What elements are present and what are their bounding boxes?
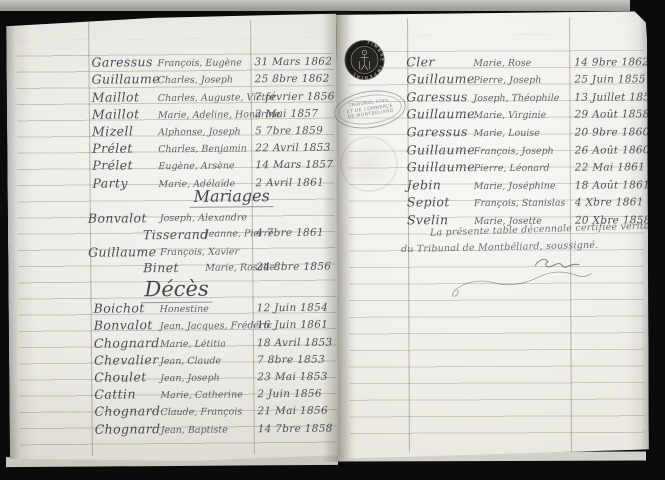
record-row: Guillaume François, Joseph 26 Août 1860 xyxy=(407,139,642,158)
record-surname: Party xyxy=(92,175,158,191)
faint-round-watermark xyxy=(340,136,398,192)
record-row: Jebin Marie, Joséphine 18 Août 1861 xyxy=(407,175,642,194)
record-date: 18 Août 1861 xyxy=(575,179,650,191)
record-given-names: François, Joseph xyxy=(474,145,575,156)
record-given-names: Honestine xyxy=(160,303,257,315)
record-row: Guillaume Pierre, Joseph 25 Juin 1855 xyxy=(406,69,641,88)
record-row: Prélet Eugène, Arsène 14 Mars 1857 xyxy=(92,155,331,174)
record-surname: Guillaume xyxy=(406,71,473,86)
record-surname: Guillaume xyxy=(92,72,158,88)
record-surname: Chevalier xyxy=(94,352,160,368)
record-row: Guillaume Pierre, Léonard 22 Mai 1861 xyxy=(407,157,642,176)
record-row: Mizell Alphonse, Joseph 5 7bre 1859 xyxy=(92,120,331,139)
record-date: 5 7bre 1859 xyxy=(255,125,331,138)
groom-given-names: François, Xavier xyxy=(160,246,239,258)
record-given-names: Claude, François xyxy=(160,407,257,419)
record-row: Chevalier Jean, Claude 7 8bre 1853 xyxy=(94,349,333,368)
record-date: 26 Août 1860 xyxy=(575,144,650,156)
groom-surname: Guillaume xyxy=(88,244,157,260)
record-surname: Garessus xyxy=(91,54,157,70)
record-date: 2 Mai 1857 xyxy=(255,107,331,120)
record-row: Chognard Claude, François 21 Mai 1856 xyxy=(94,401,333,420)
record-row: Cattin Marie, Catherine 2 Juin 1856 xyxy=(94,384,333,403)
record-surname: Chognard xyxy=(94,335,160,351)
imperial-revenue-stamp: TIMBRE IMPÉRIAL xyxy=(344,39,385,81)
record-given-names: Charles, Joseph xyxy=(158,75,255,87)
record-row: Boichot Honestine 12 Juin 1854 xyxy=(94,298,333,317)
record-row: Maillot Charles, Auguste, Victor 7 févri… xyxy=(92,86,331,105)
greffier-signature xyxy=(397,249,612,302)
marriage-record: Guillaume François, Xavier Binet Marie, … xyxy=(8,242,338,278)
groom-surname: Bonvalot xyxy=(88,210,147,226)
record-surname: Guillaume xyxy=(407,142,474,157)
record-given-names: Marie, Adeline, Honorine xyxy=(158,109,255,121)
record-surname: Cattin xyxy=(94,386,160,402)
record-date: 4 Xbre 1861 xyxy=(575,197,644,209)
bride-surname: Tisserand xyxy=(143,226,209,242)
record-surname: Guillaume xyxy=(407,159,474,174)
record-surname: Maillot xyxy=(92,106,158,122)
marriage-date: 24 8bre 1856 xyxy=(256,260,331,273)
record-given-names: Jean, Baptiste xyxy=(161,424,258,436)
record-given-names: Marie, Létitia xyxy=(160,338,257,350)
record-surname: Boichot xyxy=(94,300,160,316)
record-surname: Guillaume xyxy=(406,106,473,121)
record-date: 22 Avril 1853 xyxy=(255,142,331,155)
record-given-names: Jean, Claude xyxy=(160,355,257,367)
record-date: 14 9bre 1862 xyxy=(574,56,649,68)
record-date: 22 Mai 1861 xyxy=(575,161,645,173)
record-row: Prélet Charles, Benjamin 22 Avril 1853 xyxy=(92,138,331,157)
record-given-names: Marie, Louise xyxy=(474,128,575,139)
record-surname: Choulet xyxy=(94,369,160,385)
record-date: 25 8bre 1862 xyxy=(255,73,331,86)
record-row: Chognard Marie, Létitia 18 Avril 1853 xyxy=(94,332,333,351)
record-given-names: Alphonse, Joseph xyxy=(158,126,255,138)
record-surname: Maillot xyxy=(92,89,158,105)
marriage-record: Bonvalot Joseph, Alexandre Tisserand Jea… xyxy=(8,209,338,245)
record-surname: Garessus xyxy=(406,89,473,104)
births-list: Garessus François, Eugène 31 Mars 1862 G… xyxy=(91,52,331,192)
left-page: Garessus François, Eugène 31 Mars 1862 G… xyxy=(6,14,340,463)
record-surname: Prélet xyxy=(92,157,158,173)
record-surname: Jebin xyxy=(407,177,474,192)
register-scan: Garessus François, Eugène 31 Mars 1862 G… xyxy=(0,0,665,480)
groom-given-names: Joseph, Alexandre xyxy=(160,212,247,224)
right-records-list: Cler Marie, Rose 14 9bre 1862 Guillaume … xyxy=(406,51,642,228)
record-row: Maillot Marie, Adeline, Honorine 2 Mai 1… xyxy=(92,103,331,122)
record-row: Chognard Jean, Baptiste 14 7bre 1858 xyxy=(95,418,334,437)
record-date: 13 Juillet 1858 xyxy=(574,91,657,103)
marriages-list: Bonvalot Joseph, Alexandre Tisserand Jea… xyxy=(8,209,339,279)
record-date: 20 9bre 1860 xyxy=(575,126,650,138)
record-surname: Svelin xyxy=(407,212,474,227)
record-given-names: Jean, Jacques, Frédéric xyxy=(160,321,257,333)
record-given-names: Jean, Joseph xyxy=(160,372,257,384)
record-given-names: Charles, Benjamin xyxy=(158,143,255,155)
record-given-names: François, Eugène xyxy=(157,57,254,69)
record-row: Guillaume Charles, Joseph 25 8bre 1862 xyxy=(92,69,331,88)
record-given-names: Joseph, Théophile xyxy=(473,92,574,103)
deaths-list: Boichot Honestine 12 Juin 1854 Bonvalot … xyxy=(94,298,334,438)
record-given-names: Pierre, Joseph xyxy=(473,75,574,86)
marriage-date: 4 7bre 1861 xyxy=(256,227,324,240)
record-row: Garessus Joseph, Théophile 13 Juillet 18… xyxy=(406,87,641,106)
record-row: Guillaume Marie, Virginie 29 Août 1858 xyxy=(406,104,641,123)
record-row: Choulet Jean, Joseph 23 Mai 1853 xyxy=(94,366,333,385)
record-given-names: Eugène, Arsène xyxy=(158,161,255,173)
record-row: Garessus Marie, Louise 20 9bre 1860 xyxy=(407,122,642,141)
record-surname: Bonvalot xyxy=(94,317,160,333)
record-surname: Chognard xyxy=(95,421,161,437)
record-surname: Prélet xyxy=(92,140,158,156)
record-surname: Sepiot xyxy=(407,194,474,209)
record-row: Cler Marie, Rose 14 9bre 1862 xyxy=(406,51,641,70)
record-given-names: Marie, Virginie xyxy=(473,110,574,121)
record-given-names: Marie, Rose xyxy=(473,57,574,68)
record-given-names: Marie, Catherine xyxy=(160,389,257,401)
record-surname: Garessus xyxy=(407,124,474,139)
record-row: Bonvalot Jean, Jacques, Frédéric 16 Juin… xyxy=(94,315,333,334)
record-given-names: Pierre, Léonard xyxy=(474,163,575,174)
record-given-names: Marie, Joséphine xyxy=(474,180,575,191)
record-surname: Mizell xyxy=(92,123,158,139)
record-row: Garessus François, Eugène 31 Mars 1862 xyxy=(91,52,330,71)
bride-surname: Binet xyxy=(143,260,179,275)
marriages-section-title: Mariages xyxy=(190,186,274,208)
record-date: 25 Juin 1855 xyxy=(574,74,646,86)
record-surname: Chognard xyxy=(94,403,160,419)
record-given-names: Charles, Auguste, Victor xyxy=(158,92,255,104)
record-row: Sepiot François, Stanislas 4 Xbre 1861 xyxy=(407,192,642,211)
previous-sheet-edge xyxy=(0,0,630,11)
record-date: 29 Août 1858 xyxy=(574,109,649,121)
record-surname: Cler xyxy=(406,54,473,69)
record-date: 31 Mars 1862 xyxy=(254,56,332,69)
record-given-names: François, Stanislas xyxy=(474,198,575,209)
